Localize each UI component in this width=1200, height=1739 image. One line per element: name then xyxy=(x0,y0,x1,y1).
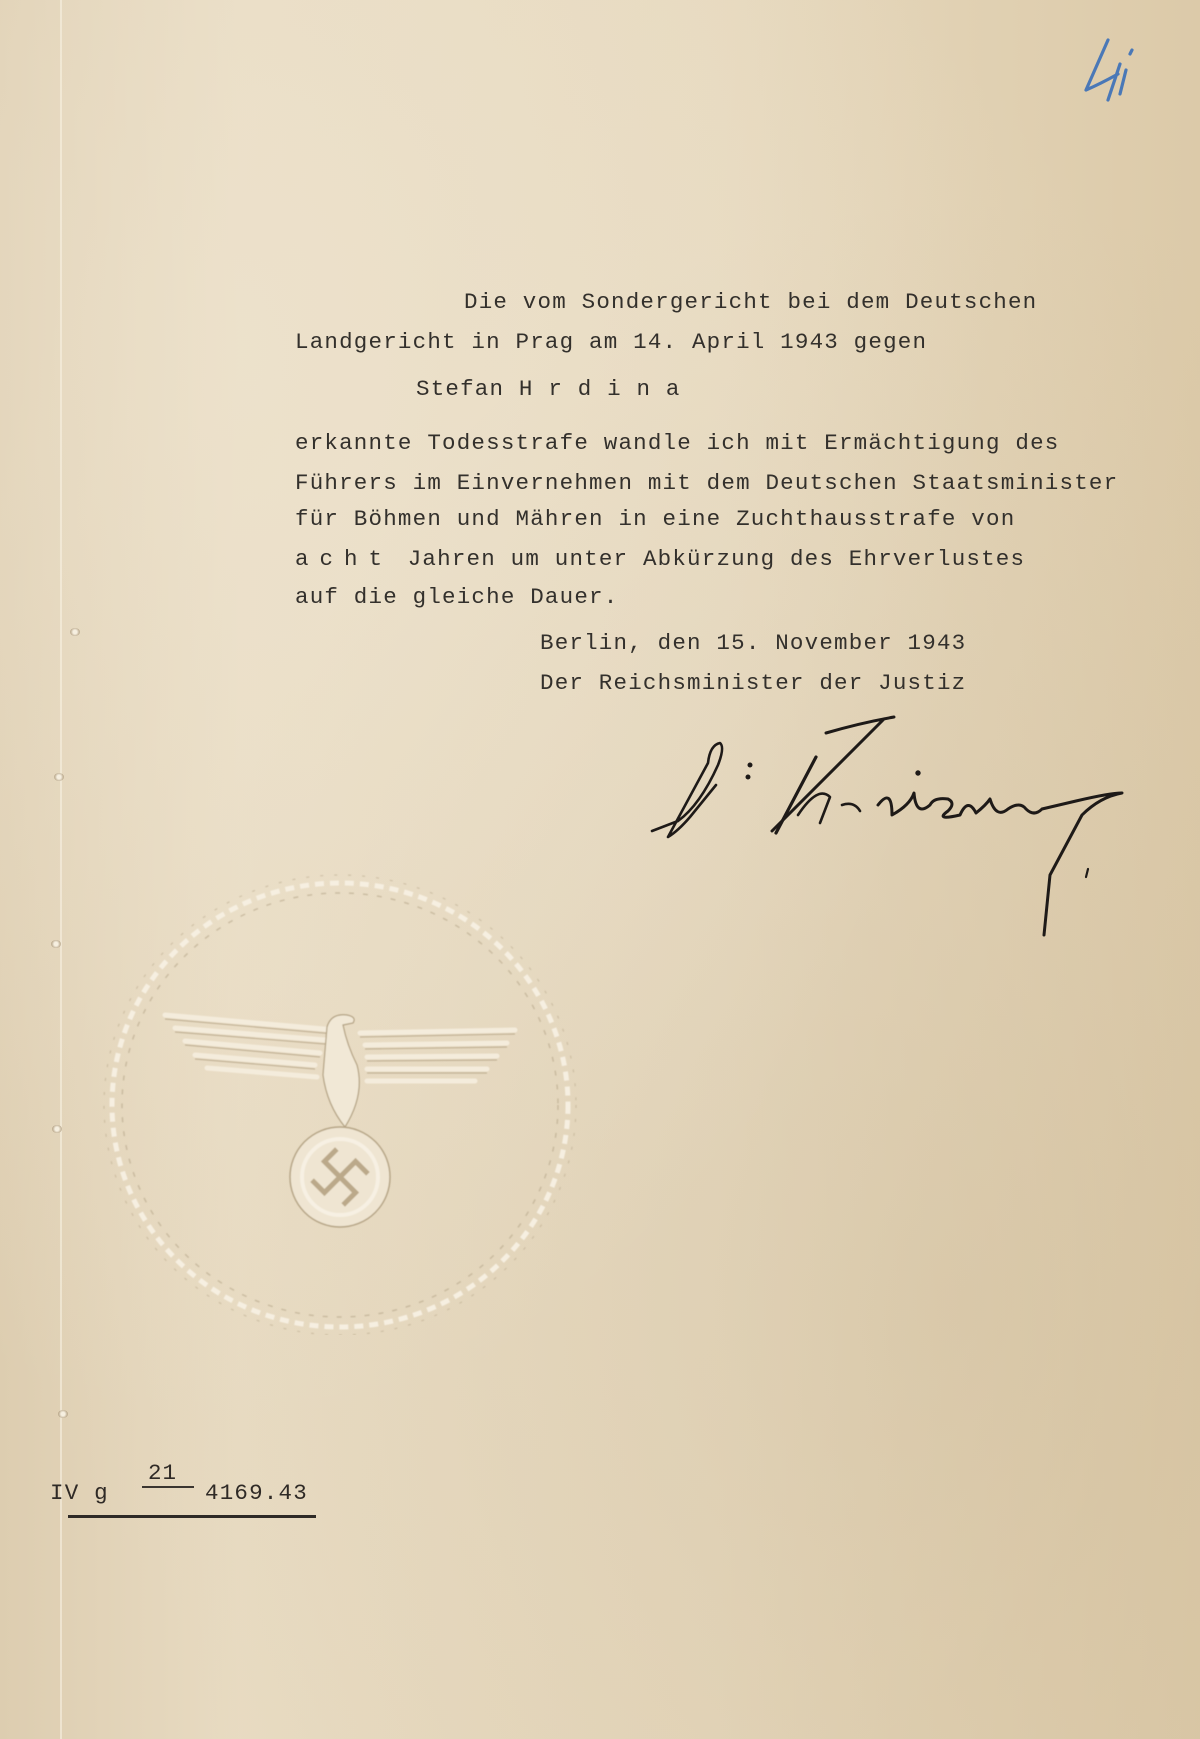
punch-hole-mark xyxy=(52,1125,62,1133)
reference-superscript: 21 xyxy=(148,1460,177,1486)
punch-hole-mark xyxy=(70,628,80,636)
reference-file-number: 4169.43 xyxy=(205,1480,308,1506)
body-line-5: für Böhmen und Mähren in eine Zuchthauss… xyxy=(295,508,1015,531)
punch-hole-mark xyxy=(51,940,61,948)
body-line-6: acht Jahren um unter Abkürzung des Ehrve… xyxy=(295,548,1025,571)
body-line-1: Die vom Sondergericht bei dem Deutschen xyxy=(464,291,1037,314)
sentence-years-emphasis: acht xyxy=(295,546,393,572)
reference-fraction-line xyxy=(142,1486,194,1488)
body-line-6-rest: Jahren um unter Abkürzung des Ehrverlust… xyxy=(408,546,1026,572)
blue-pencil-margin-mark xyxy=(1080,34,1140,104)
body-line-7: auf die gleiche Dauer. xyxy=(295,586,618,609)
file-reference: IV g 21 4169.43 xyxy=(50,1460,320,1520)
defendant-name: Stefan H r d i n a xyxy=(416,378,681,401)
punch-hole-mark xyxy=(58,1410,68,1418)
punch-hole-mark xyxy=(54,773,64,781)
embossed-eagle-seal xyxy=(95,865,585,1335)
reference-underline xyxy=(68,1515,316,1518)
body-line-4: Führers im Einvernehmen mit dem Deutsche… xyxy=(295,472,1118,495)
signatory-title: Der Reichsminister der Justiz xyxy=(540,672,966,695)
place-date-line: Berlin, den 15. November 1943 xyxy=(540,632,966,655)
body-line-3: erkannte Todesstrafe wandle ich mit Ermä… xyxy=(295,432,1060,455)
body-line-2: Landgericht in Prag am 14. April 1943 ge… xyxy=(295,331,927,354)
handwritten-signature xyxy=(630,705,1190,965)
reference-prefix: IV g xyxy=(50,1480,109,1506)
